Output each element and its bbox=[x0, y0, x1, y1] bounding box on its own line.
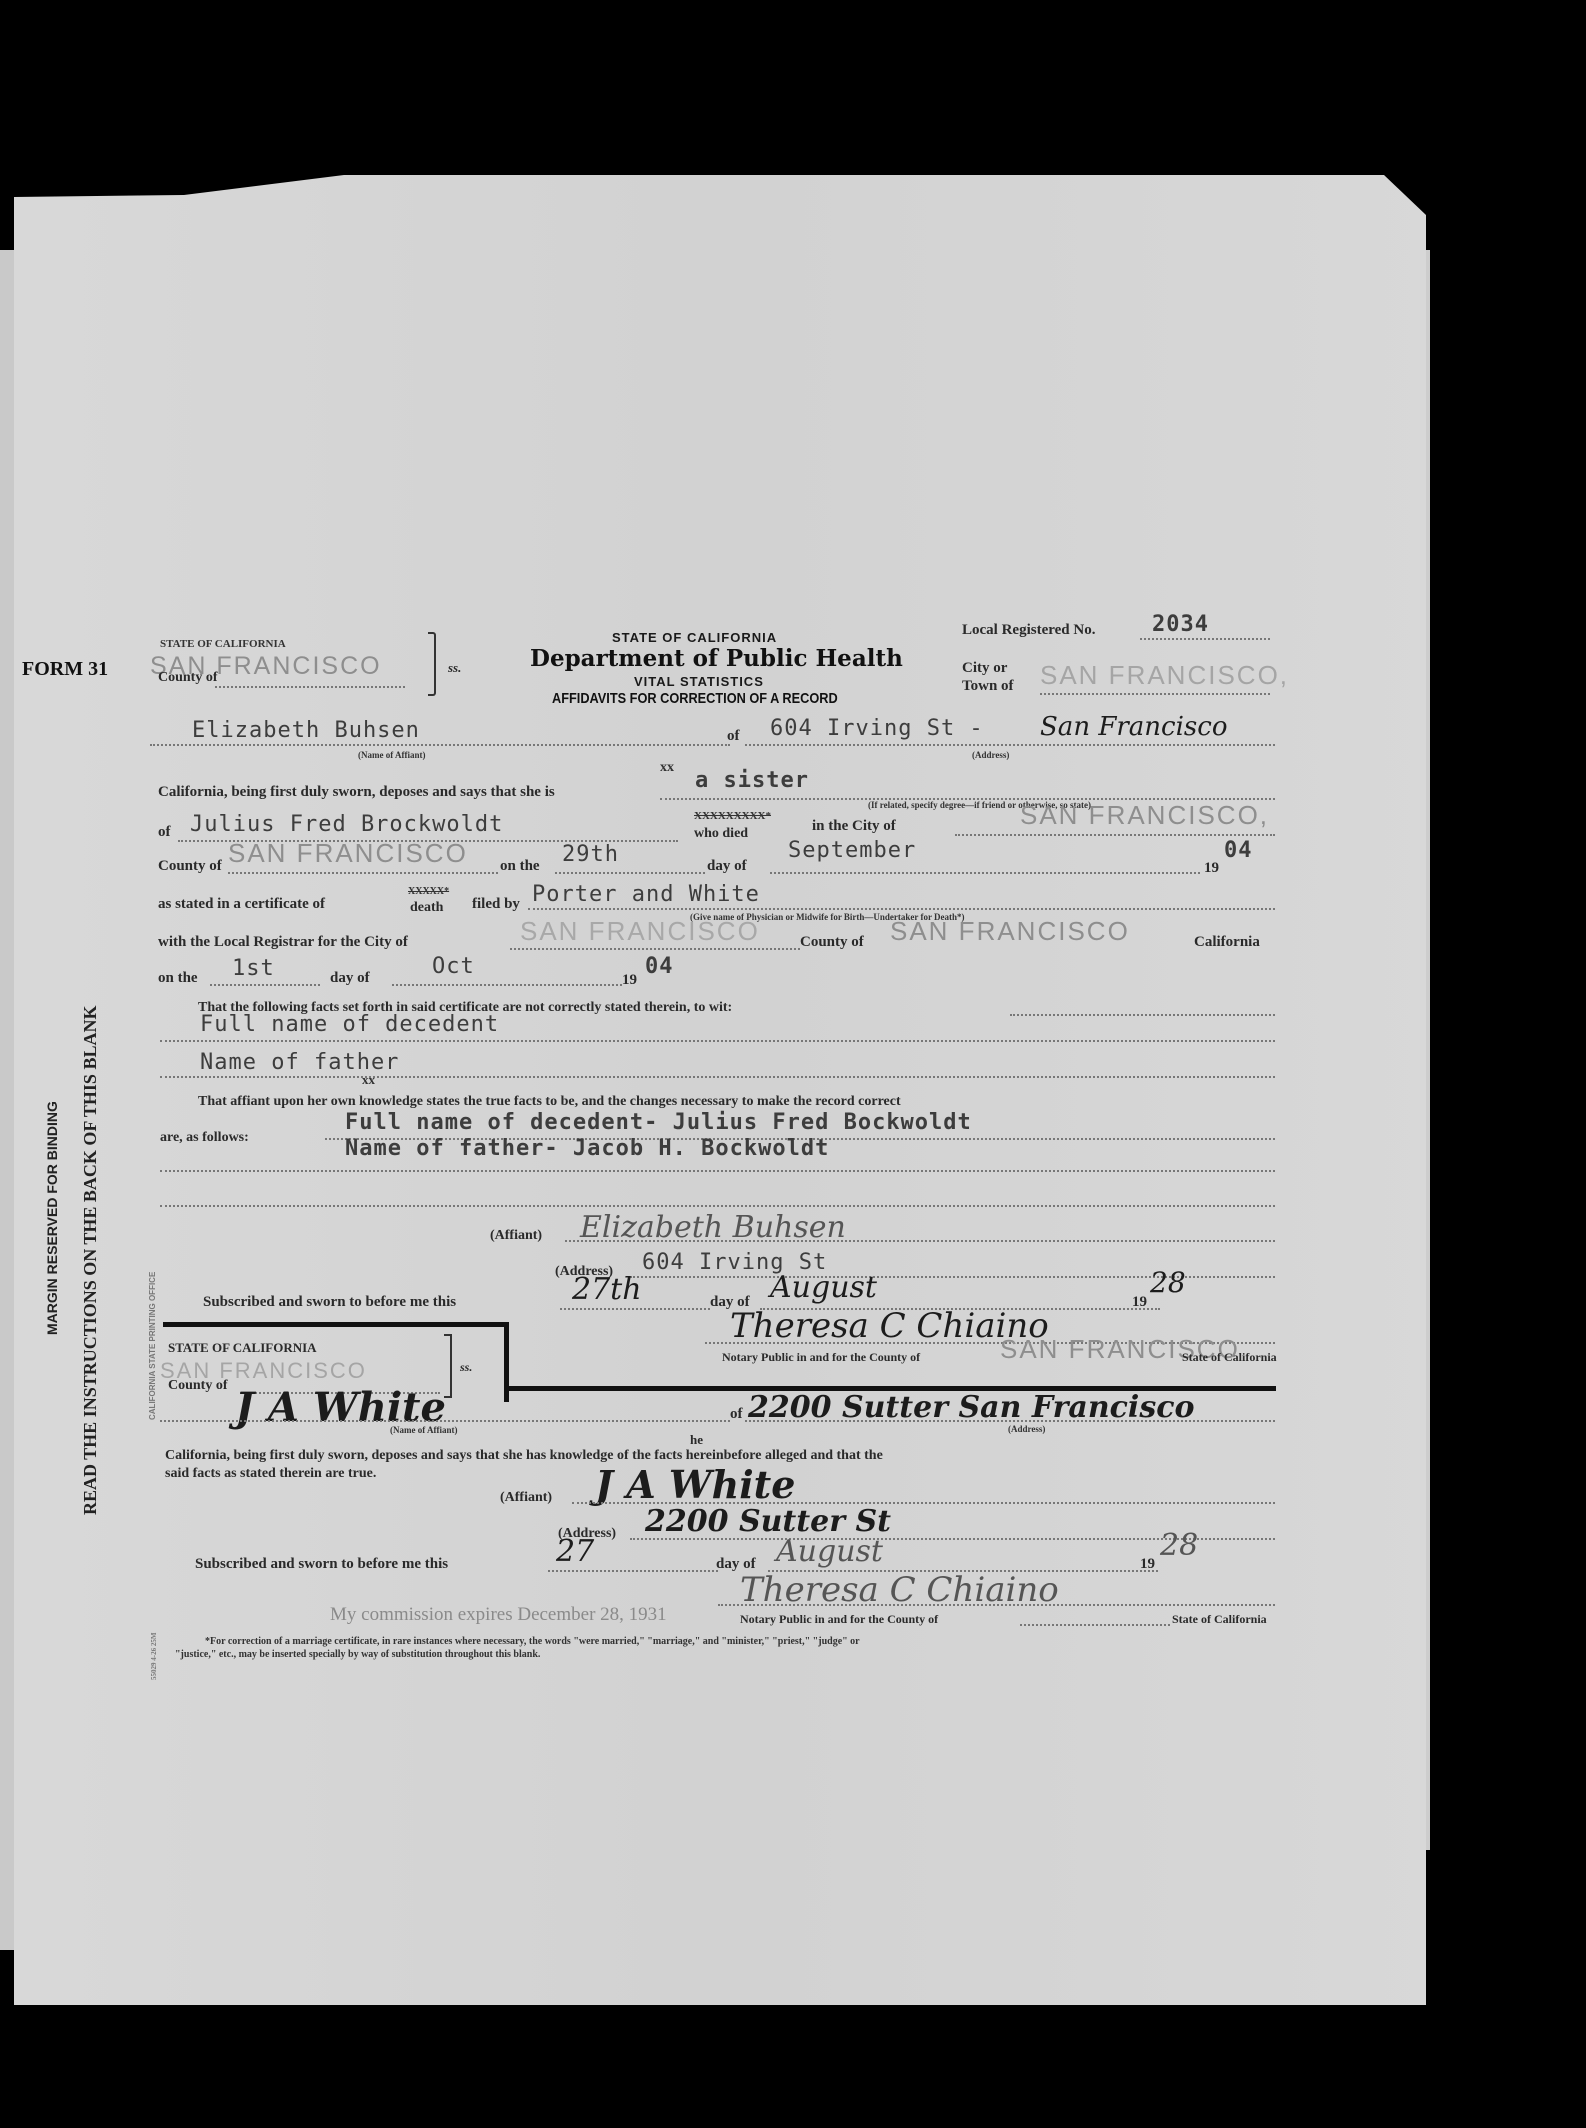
sworn-text: California, being first duly sworn, depo… bbox=[158, 784, 555, 801]
margin-instructions-note: READ THE INSTRUCTIONS ON THE BACK OF THI… bbox=[80, 1006, 101, 1515]
affidavit-document bbox=[14, 175, 1426, 2005]
footnote-line-2: "justice," etc., may be inserted special… bbox=[175, 1649, 540, 1660]
month-value: September bbox=[788, 838, 916, 863]
printer-imprint: CALIFORNIA STATE PRINTING OFFICE bbox=[148, 1272, 157, 1420]
in-city-stamp: SAN FRANCISCO, bbox=[1020, 800, 1269, 831]
footnote-line-1: *For correction of a marriage certificat… bbox=[205, 1636, 860, 1647]
filed-day-of-label: day of bbox=[330, 970, 370, 987]
day-of-label: day of bbox=[707, 858, 747, 875]
filed-on-label: on the bbox=[158, 970, 198, 987]
affiant2-subscribed-year-prefix: 19 bbox=[1140, 1556, 1155, 1573]
affiant2-subscribed-month: August bbox=[776, 1534, 883, 1569]
affiant2-pronoun-correction: he bbox=[690, 1432, 703, 1448]
as-follows-label: are, as follows: bbox=[160, 1130, 249, 1146]
commission-expiry-stamp: My commission expires December 28, 1931 bbox=[330, 1604, 667, 1626]
registrar-county-stamp: SAN FRANCISCO bbox=[890, 916, 1130, 947]
affiant-name: Elizabeth Buhsen bbox=[192, 718, 420, 743]
affiant2-address-caption: (Address) bbox=[1008, 1424, 1045, 1434]
underlying-sheet-left bbox=[0, 250, 14, 1950]
filed-year: 04 bbox=[645, 954, 674, 979]
notary-text: Notary Public in and for the County of bbox=[722, 1350, 920, 1365]
bracket-bottom: who died bbox=[694, 826, 748, 842]
venue-state: STATE OF CALIFORNIA bbox=[160, 638, 286, 650]
correction-2: Name of father- Jacob H. Bockwoldt bbox=[345, 1136, 829, 1161]
relationship-value: a sister bbox=[695, 768, 809, 793]
venue2-county-label: County of bbox=[168, 1378, 228, 1394]
margin-binding-note: MARGIN RESERVED FOR BINDING bbox=[44, 1101, 60, 1335]
bracket-top: XXXXXXXXX* bbox=[694, 810, 771, 822]
year-prefix: 19 bbox=[1204, 860, 1219, 877]
department-title: Department of Public Health bbox=[530, 645, 903, 672]
venue-bracket bbox=[428, 632, 436, 696]
registrar-text: with the Local Registrar for the City of bbox=[158, 934, 408, 951]
notary-state: State of California bbox=[1182, 1350, 1277, 1365]
division-title: VITAL STATISTICS bbox=[634, 674, 764, 689]
city-stamp: SAN FRANCISCO, bbox=[1040, 660, 1289, 691]
filed-day: 1st bbox=[232, 956, 275, 981]
subscribed-day: 27th bbox=[572, 1272, 642, 1307]
venue-county-label: County of bbox=[158, 670, 218, 686]
affiant2-subscribed-year: 28 bbox=[1160, 1528, 1198, 1563]
pronoun-correction-2: xx bbox=[362, 1072, 375, 1088]
registrar-county-label: County of bbox=[800, 934, 864, 951]
correction-1: Full name of decedent- Julius Fred Bockw… bbox=[345, 1110, 972, 1135]
in-city-label: in the City of bbox=[812, 818, 896, 835]
pronoun-correction: xx bbox=[660, 760, 674, 776]
county-label: County of bbox=[158, 858, 222, 875]
subscribed-month: August bbox=[770, 1270, 877, 1305]
affiant-name-caption: (Name of Affiant) bbox=[358, 750, 425, 760]
subscribed-text: Subscribed and sworn to before me this bbox=[203, 1294, 456, 1311]
on-the-label: on the bbox=[500, 858, 540, 875]
of-label-2: of bbox=[158, 824, 171, 841]
certificate-text: as stated in a certificate of bbox=[158, 896, 325, 913]
cert-bottom: death bbox=[410, 900, 443, 916]
filed-month: Oct bbox=[432, 954, 475, 979]
ss-mark: ss. bbox=[448, 660, 461, 676]
affiant2-sworn-text-2: said facts as stated therein are true. bbox=[165, 1466, 376, 1482]
local-registered-label: Local Registered No. bbox=[962, 622, 1095, 639]
venue2-ss: ss. bbox=[460, 1360, 472, 1375]
venue2-state: STATE OF CALIFORNIA bbox=[168, 1340, 317, 1356]
notary2-state: State of California bbox=[1172, 1612, 1267, 1627]
affiant-label: (Affiant) bbox=[490, 1228, 542, 1244]
registrar-city-stamp: SAN FRANCISCO bbox=[520, 916, 760, 947]
affiant-address-typed: 604 Irving St - bbox=[770, 716, 984, 741]
incorrect-item-1: Full name of decedent bbox=[200, 1012, 499, 1037]
cert-top: XXXXX* bbox=[408, 886, 449, 897]
local-registered-number: 2034 bbox=[1152, 612, 1209, 637]
filed-year-prefix: 19 bbox=[622, 972, 637, 989]
filed-by-label: filed by bbox=[472, 896, 520, 913]
affiant2-subscribed-day: 27 bbox=[556, 1534, 594, 1569]
city-label-1: City or bbox=[962, 660, 1007, 677]
affiant2-name-caption: (Name of Affiant) bbox=[390, 1425, 457, 1435]
affiant2-label: (Affiant) bbox=[500, 1490, 552, 1506]
print-code: 55029 4-26 25M bbox=[150, 1633, 158, 1680]
notary2-text: Notary Public in and for the County of bbox=[740, 1612, 938, 1627]
form-number: FORM 31 bbox=[22, 658, 108, 681]
form-title: AFFIDAVITS FOR CORRECTION OF A RECORD bbox=[552, 690, 838, 707]
subject-name: Julius Fred Brockwoldt bbox=[190, 812, 503, 837]
registrar-state: California bbox=[1194, 934, 1260, 951]
filed-by-value: Porter and White bbox=[532, 882, 760, 907]
city-label-2: Town of bbox=[962, 678, 1014, 695]
state-line: STATE OF CALIFORNIA bbox=[612, 630, 777, 645]
day-value: 29th bbox=[562, 842, 619, 867]
affiant-address-hand: San Francisco bbox=[1040, 712, 1227, 742]
year-value: 04 bbox=[1224, 838, 1253, 863]
address-caption: (Address) bbox=[972, 750, 1009, 760]
subscribed-year-prefix: 19 bbox=[1132, 1294, 1147, 1311]
of-label: of bbox=[727, 728, 740, 745]
true-facts-text: That affiant upon her own knowledge stat… bbox=[198, 1094, 901, 1110]
affiant2-signature: J A White bbox=[595, 1462, 795, 1507]
county-stamp: SAN FRANCISCO bbox=[228, 838, 468, 869]
box-rule-top bbox=[163, 1322, 508, 1327]
affiant2-of-label: of bbox=[730, 1406, 743, 1423]
affiant2-subscribed-text: Subscribed and sworn to before me this bbox=[195, 1556, 448, 1573]
affiant2-name: J A White bbox=[235, 1384, 446, 1431]
subscribed-year: 28 bbox=[1150, 1266, 1186, 1299]
